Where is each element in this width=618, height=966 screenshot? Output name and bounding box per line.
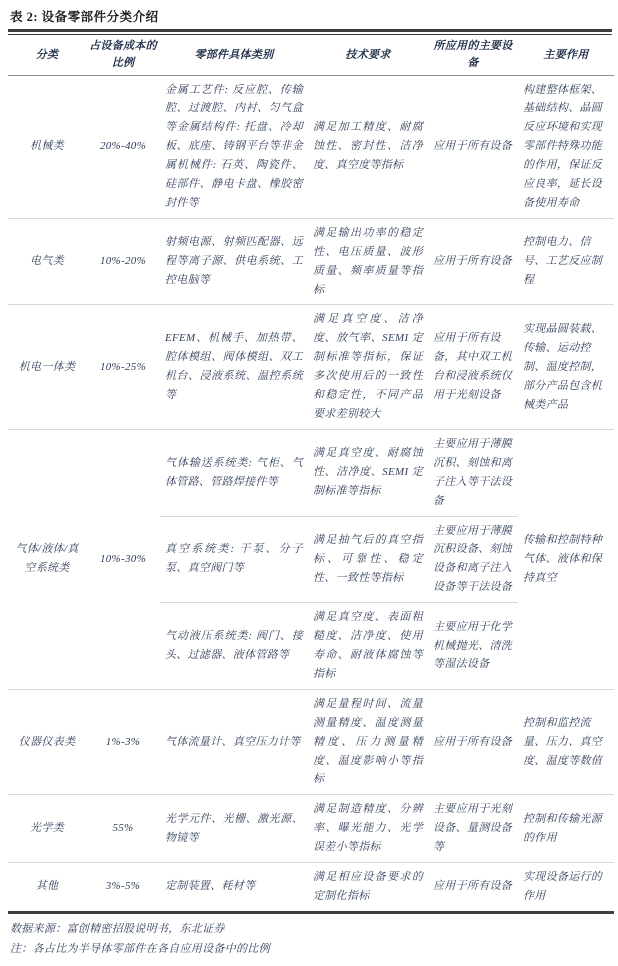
header-row: 分类 占设备成本的比例 零部件具体类别 技术要求 所应用的主要设备 主要作用	[8, 35, 614, 75]
category-cell: 气体/液体/真空系统类	[8, 429, 86, 689]
col-header-tech-requirements: 技术要求	[308, 35, 428, 75]
equipment-cell: 应用于所有设备，其中双工机台和浸液系统仅用于光刻设备	[428, 305, 518, 429]
tech-cell: 满足抽气后的真空指标、可靠性、稳定性、一致性等指标	[308, 516, 428, 603]
table-row-instruments: 仪器仪表类 1%-3% 气体流量计、真空压力计等 满足量程时间、流量测量精度、温…	[8, 689, 614, 795]
parts-cell: 气体流量计、真空压力计等	[160, 689, 308, 795]
table-footer: 数据来源：富创精密招股说明书，东北证券 注：各占比为半导体零部件在各自应用设备中…	[8, 914, 612, 966]
tech-cell: 满足量程时间、流量测量精度、温度测量精度、压力测量精度、温度影响小等指标	[308, 689, 428, 795]
col-header-part-types: 零部件具体类别	[160, 35, 308, 75]
parts-cell: 金属工艺件: 反应腔、传输腔、过渡腔、内衬、匀气盒等金属结构件: 托盘、冷却板、…	[160, 75, 308, 218]
parts-cell: 气动液压系统类: 阀门、接头、过滤器、液体管路等	[160, 603, 308, 690]
tech-cell: 满足真空度、表面粗糙度、洁净度、使用寿命、耐液体腐蚀等指标	[308, 603, 428, 690]
table-title: 表 2: 设备零部件分类介绍	[8, 4, 612, 29]
category-cell: 机电一体类	[8, 305, 86, 429]
table-row-gas-liquid-vacuum-1: 气体/液体/真空系统类 10%-30% 气体输送系统类: 气柜、气体管路、管路焊…	[8, 429, 614, 516]
data-source-note: 数据来源：富创精密招股说明书，东北证券	[10, 919, 612, 939]
function-cell: 构建整体框架、基础结构、晶圆反应环境和实现零部件特殊功能的作用，保证反应良率，延…	[518, 75, 614, 218]
equipment-cell: 主要应用于化学机械抛光、清洗等湿法设备	[428, 603, 518, 690]
ratio-cell: 10%-20%	[86, 218, 160, 305]
table-row-other: 其他 3%-5% 定制装置、耗材等 满足相应设备要求的定制化指标 应用于所有设备…	[8, 863, 614, 913]
equipment-cell: 应用于所有设备	[428, 689, 518, 795]
report-page: 表 2: 设备零部件分类介绍 分类 占设备成本的比例 零部件具体类别 技术要求 …	[0, 0, 618, 966]
ratio-cell: 1%-3%	[86, 689, 160, 795]
table-row-optical: 光学类 55% 光学元件、光栅、激光源、物镜等 满足制造精度、分辨率、曝光能力、…	[8, 795, 614, 863]
col-header-category: 分类	[8, 35, 86, 75]
equipment-cell: 主要应用于薄膜沉积设备、刻蚀设备和离子注入设备等干法设备	[428, 516, 518, 603]
function-cell: 控制和监控流量、压力、真空度、温度等数值	[518, 689, 614, 795]
category-cell: 电气类	[8, 218, 86, 305]
equipment-cell: 应用于所有设备	[428, 863, 518, 913]
tech-cell: 满足制造精度、分辨率、曝光能力、光学误差小等指标	[308, 795, 428, 863]
category-cell: 机械类	[8, 75, 86, 218]
ratio-note: 注：各占比为半导体零部件在各自应用设备中的比例	[10, 939, 612, 959]
tech-cell: 满足真空度、洁净度、放气率、SEMI 定制标准等指标，保证多次使用后的一致性和稳…	[308, 305, 428, 429]
equipment-cell: 主要应用于薄膜沉积、刻蚀和离子注入等干法设备	[428, 429, 518, 516]
category-cell: 光学类	[8, 795, 86, 863]
table-row-electrical: 电气类 10%-20% 射频电源、射频匹配器、远程等离子源、供电系统、工控电脑等…	[8, 218, 614, 305]
table-row-mechanical: 机械类 20%-40% 金属工艺件: 反应腔、传输腔、过渡腔、内衬、匀气盒等金属…	[8, 75, 614, 218]
equipment-cell: 应用于所有设备	[428, 218, 518, 305]
parts-cell: 真空系统类: 干泵、分子泵、真空阀门等	[160, 516, 308, 603]
parts-classification-table: 分类 占设备成本的比例 零部件具体类别 技术要求 所应用的主要设备 主要作用 机…	[8, 35, 614, 914]
tech-cell: 满足真空度、耐腐蚀性、洁净度、SEMI 定制标准等指标	[308, 429, 428, 516]
ratio-cell: 3%-5%	[86, 863, 160, 913]
ratio-cell: 10%-30%	[86, 429, 160, 689]
ratio-cell: 10%-25%	[86, 305, 160, 429]
function-cell: 实现设备运行的作用	[518, 863, 614, 913]
parts-cell: 射频电源、射频匹配器、远程等离子源、供电系统、工控电脑等	[160, 218, 308, 305]
function-cell: 控制电力、信号、工艺反应制程	[518, 218, 614, 305]
tech-cell: 满足输出功率的稳定性、电压质量、波形质量、频率质量等指标	[308, 218, 428, 305]
col-header-main-function: 主要作用	[518, 35, 614, 75]
equipment-cell: 应用于所有设备	[428, 75, 518, 218]
function-cell: 传输和控制特种气体、液体和保持真空	[518, 429, 614, 689]
table-row-electromechanical: 机电一体类 10%-25% EFEM、机械手、加热带、腔体模组、阀体模组、双工机…	[8, 305, 614, 429]
category-cell: 其他	[8, 863, 86, 913]
ratio-cell: 55%	[86, 795, 160, 863]
col-header-cost-ratio: 占设备成本的比例	[86, 35, 160, 75]
tech-cell: 满足加工精度、耐腐蚀性、密封性、洁净度、真空度等指标	[308, 75, 428, 218]
ratio-cell: 20%-40%	[86, 75, 160, 218]
tech-cell: 满足相应设备要求的定制化指标	[308, 863, 428, 913]
parts-cell: 定制装置、耗材等	[160, 863, 308, 913]
parts-cell: 光学元件、光栅、激光源、物镜等	[160, 795, 308, 863]
category-cell: 仪器仪表类	[8, 689, 86, 795]
function-cell: 实现晶圆装载、传输、运动控制、温度控制，部分产品包含机械类产品	[518, 305, 614, 429]
parts-cell: 气体输送系统类: 气柜、气体管路、管路焊接件等	[160, 429, 308, 516]
parts-cell: EFEM、机械手、加热带、腔体模组、阀体模组、双工机台、浸液系统、温控系统等	[160, 305, 308, 429]
function-cell: 控制和传输光源的作用	[518, 795, 614, 863]
equipment-cell: 主要应用于光刻设备、量测设备等	[428, 795, 518, 863]
col-header-applied-equipment: 所应用的主要设备	[428, 35, 518, 75]
